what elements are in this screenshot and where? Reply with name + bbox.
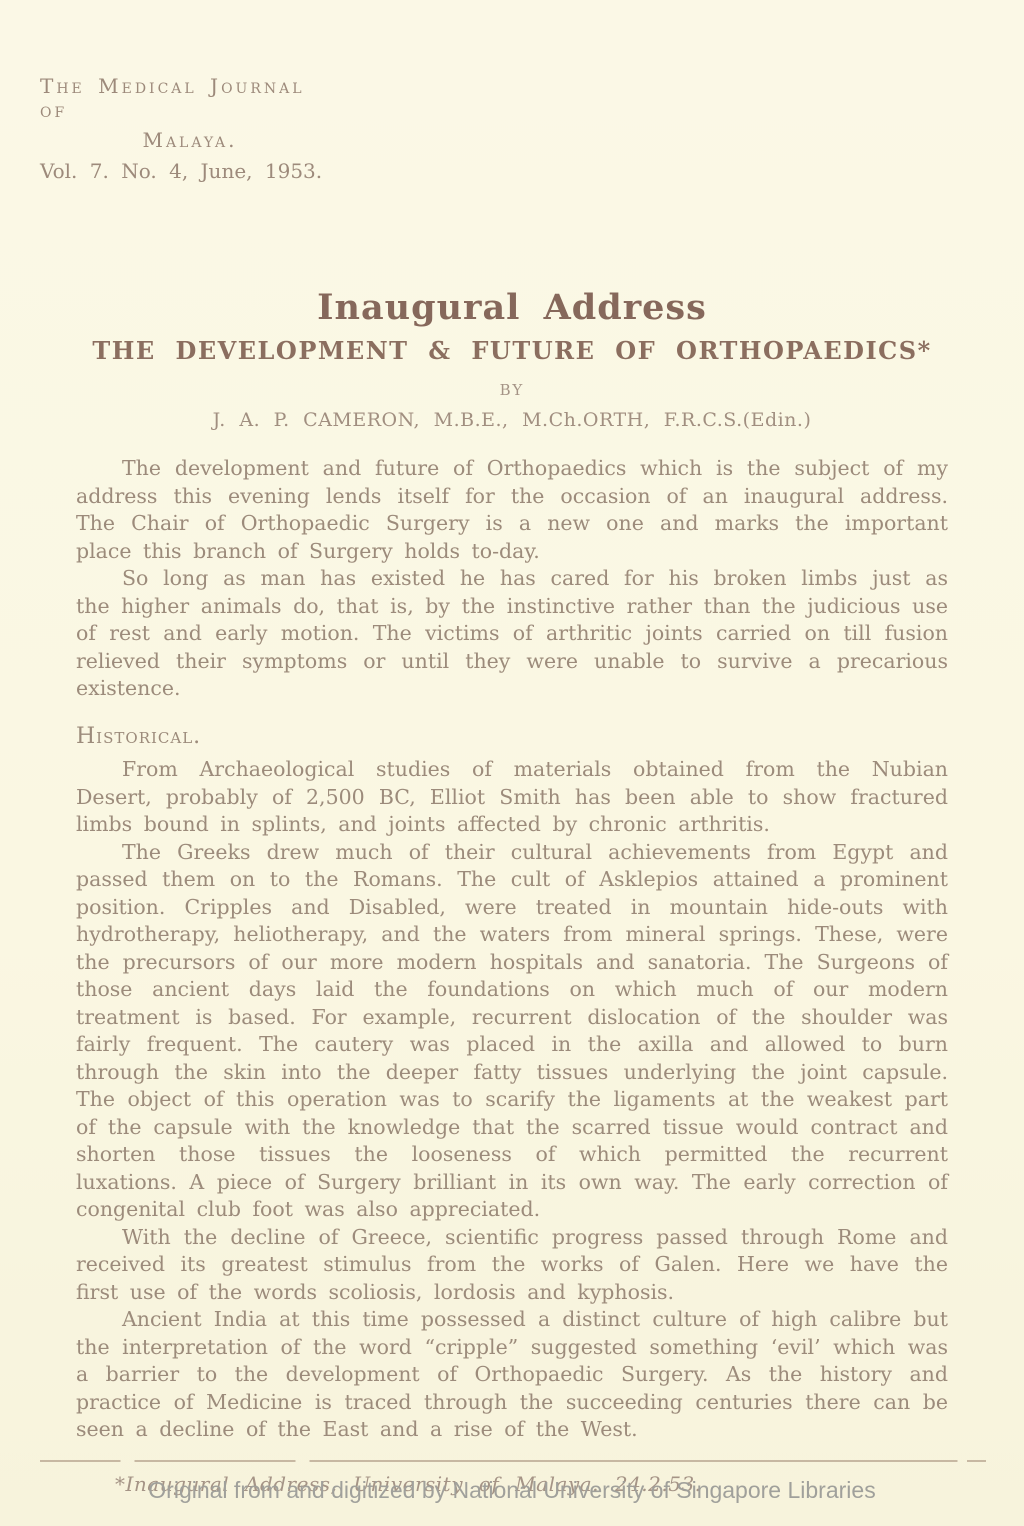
journal-name-line1: The Medical Journal of (40, 74, 340, 122)
article-body: The development and future of Orthopaedi… (76, 455, 948, 1444)
article-main-title: THE DEVELOPMENT & FUTURE OF ORTHOPAEDICS… (0, 336, 1024, 365)
inaugural-address-script-title: Inaugural Address (0, 287, 1024, 328)
section-heading-historical: Historical. (76, 723, 948, 751)
by-label: BY (0, 381, 1024, 399)
scanned-journal-page: The Medical Journal of Malaya. Vol. 7. N… (0, 0, 1024, 1526)
footnote-divider (40, 1460, 986, 1462)
paragraph-historical-4: Ancient India at this time possessed a d… (76, 1306, 948, 1444)
digitization-credit: Original from and digitized by National … (0, 1477, 1024, 1504)
volume-issue-date: Vol. 7. No. 4, June, 1953. (40, 159, 340, 183)
journal-masthead: The Medical Journal of Malaya. Vol. 7. N… (40, 74, 340, 183)
paragraph-historical-3: With the decline of Greece, scientific p… (76, 1224, 948, 1307)
paragraph-historical-1: From Archaeological studies of materials… (76, 756, 948, 839)
paragraph-intro-2: So long as man has existed he has cared … (76, 565, 948, 703)
author-name: J. A. P. CAMERON, M.B.E., M.Ch.ORTH, F.R… (0, 409, 1024, 431)
journal-name-line2: Malaya. (40, 128, 340, 152)
paragraph-historical-2: The Greeks drew much of their cultural a… (76, 839, 948, 1224)
paragraph-intro-1: The development and future of Orthopaedi… (76, 455, 948, 565)
article-title-block: Inaugural Address THE DEVELOPMENT & FUTU… (0, 287, 1024, 431)
